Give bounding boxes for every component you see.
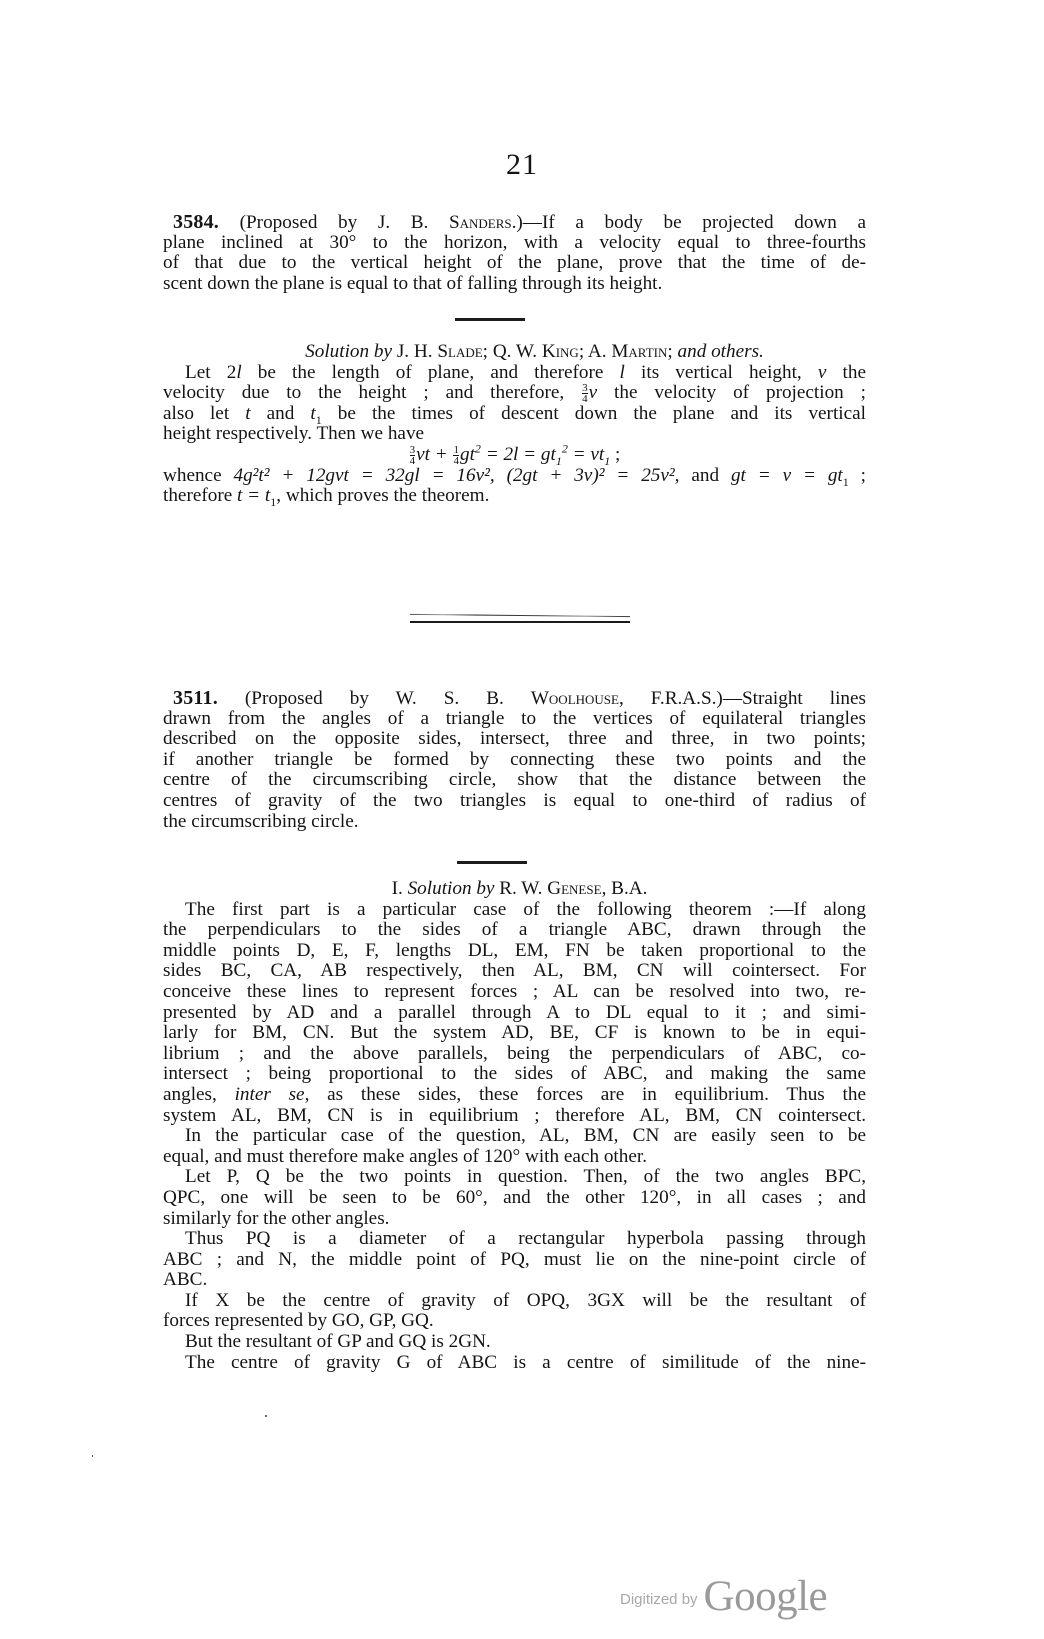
problem-3511-line: centres of gravity of the two triangles … [163, 791, 866, 812]
math-var: v [589, 382, 598, 403]
problem-3511-line: centre of the circumscribing circle, sho… [163, 770, 866, 791]
text-run: , as these sides, these forces are in eq… [305, 1084, 866, 1105]
paragraph-line: forces represented by GO, GP, GQ. [163, 1311, 866, 1332]
solution-numeral: I. [392, 878, 408, 899]
text-run: and [251, 403, 311, 424]
solution-label: Solution by [305, 341, 392, 362]
solver-initials: A. [588, 341, 611, 362]
punctuation: ; [849, 465, 866, 486]
math-term: vt + [416, 444, 452, 465]
solution-line: Let 2l be the length of plane, and there… [163, 363, 866, 384]
solution-line: height respectively. Then we have [163, 424, 866, 445]
math-expression: 4g²t² + 12gvt = 32gl = 16v², (2gt + 3v)²… [233, 465, 679, 486]
punctuation: ; [610, 444, 620, 465]
paragraph-line: ABC ; and N, the middle point of PQ, mus… [163, 1250, 866, 1271]
fraction: 34 [410, 445, 416, 466]
paragraph-line: Let P, Q be the two points in question. … [163, 1167, 866, 1188]
page-number: 21 [0, 148, 1044, 182]
text-run: the [826, 362, 866, 383]
problem-3584-line: of that due to the vertical height of th… [163, 253, 866, 274]
text-run: the velocity of projection ; [597, 382, 866, 403]
text-run: therefore [163, 485, 237, 506]
paragraph-line: librium ; and the above parallels, being… [163, 1044, 866, 1065]
solver-initials: J. H. [397, 341, 438, 362]
solution-line: velocity due to the height ; and therefo… [163, 383, 866, 404]
paragraph-line: QPC, one will be seen to be 60°, and the… [163, 1188, 866, 1209]
solver-name: Genese [547, 878, 601, 899]
math-term: = 2l = gt [481, 444, 556, 465]
solver-name: Slade [437, 341, 482, 362]
problem-3584-line: plane inclined at 30° to the horizon, wi… [163, 233, 866, 254]
scan-speck [92, 1455, 93, 1457]
problem-3584-number: 3584. [173, 211, 219, 233]
paragraph-line: system AL, BM, CN is in equilibrium ; th… [163, 1106, 866, 1127]
paragraph-line: But the resultant of GP and GQ is 2GN. [163, 1332, 866, 1353]
solution-byline: I. Solution by R. W. Genese, B.A. [163, 879, 866, 900]
math-expression: t = t [237, 485, 270, 506]
problem-3584-proposed-close: .)—If a body be projected down a [512, 212, 866, 233]
paragraph-line: sides BC, CA, AB respectively, then AL, … [163, 961, 866, 982]
math-expression: gt = v = gt [731, 465, 843, 486]
math-term: gt [460, 444, 475, 465]
paragraph-line: larly for BM, CN. But the system AD, BE,… [163, 1023, 866, 1044]
paragraph-line: similarly for the other angles. [163, 1209, 866, 1230]
problem-3511-line: if another triangle be formed by connect… [163, 750, 866, 771]
problem-3584-header-line: 3584. (Proposed by J. B. Sanders.)—If a … [163, 212, 866, 233]
solver-suffix: and others. [678, 341, 764, 362]
text-run: be the length of plane, and therefore [242, 362, 620, 383]
text-run: , which proves the theorem. [276, 485, 489, 506]
paragraph-line: The centre of gravity G of ABC is a cent… [163, 1353, 866, 1374]
paragraph-line: The first part is a particular case of t… [163, 900, 866, 921]
text-run: and [679, 465, 730, 486]
problem-3584-proposer: Sanders [449, 212, 512, 233]
problem-3511-proposed-close: , F.R.A.S.)—Straight lines [619, 688, 866, 709]
document-page: { "page": { "number": "21", "watermark":… [0, 0, 1044, 1639]
text-run: velocity due to the height ; and therefo… [163, 382, 581, 403]
problem-3511-proposed-open: (Proposed by W. S. B. [245, 688, 531, 709]
solver-initials: Q. W. [493, 341, 542, 362]
paragraph-line: In the particular case of the question, … [163, 1126, 866, 1147]
solver-name: King [542, 341, 579, 362]
fraction: 14 [453, 445, 459, 466]
paragraph-line: ABC. [163, 1270, 866, 1291]
paragraph-line: the perpendiculars to the sides of a tri… [163, 920, 866, 941]
paragraph-line: presented by AD and a parallel through A… [163, 1003, 866, 1024]
text-run: Let 2 [185, 362, 236, 383]
paragraph-line: middle points D, E, F, lengths DL, EM, F… [163, 941, 866, 962]
math-term: = vt [568, 444, 604, 465]
problem-separator-double-rule [410, 615, 630, 627]
section-divider-rule [455, 318, 525, 321]
paragraph-line: If X be the centre of gravity of OPQ, 3G… [163, 1291, 866, 1312]
therefore-line: therefore t = t1, which proves the theor… [163, 486, 866, 507]
text-run: its vertical height, [625, 362, 818, 383]
text-run: also let [163, 403, 245, 424]
scan-speck [265, 1415, 267, 1417]
text-run: be the times of descent down the plane a… [322, 403, 866, 424]
problem-3511-statement: 3511. (Proposed by W. S. B. Woolhouse, F… [163, 688, 866, 832]
text-run: whence [163, 465, 233, 486]
problem-3511-solution: I. Solution by R. W. Genese, B.A. The fi… [163, 879, 866, 1373]
paragraph-line: conceive these lines to represent forces… [163, 982, 866, 1003]
google-logo-text: Google [704, 1573, 828, 1620]
solution-line: also let t and t1 be the times of descen… [163, 404, 866, 425]
fraction: 34 [582, 383, 588, 404]
whence-line: whence 4g²t² + 12gvt = 32gl = 16v², (2gt… [163, 466, 866, 487]
separator-thin-line [410, 614, 630, 617]
digitized-by-google-watermark: Digitized by Google [620, 1572, 827, 1621]
problem-3511-proposer: Woolhouse [531, 688, 619, 709]
problem-3511-header-line: 3511. (Proposed by W. S. B. Woolhouse, F… [163, 688, 866, 709]
paragraph-line: angles, inter se, as these sides, these … [163, 1085, 866, 1106]
solver-initials: R. W. [494, 878, 547, 899]
problem-3511-line: described on the opposite sides, interse… [163, 729, 866, 750]
problem-3584-proposed-open: (Proposed by J. B. [240, 212, 449, 233]
paragraph-line: equal, and must therefore make angles of… [163, 1147, 866, 1168]
solution-label: Solution by [408, 878, 495, 899]
problem-3584-statement: 3584. (Proposed by J. B. Sanders.)—If a … [163, 212, 866, 294]
solver-name: Martin [611, 341, 667, 362]
latin-phrase: inter se [235, 1084, 305, 1105]
equation-line: 34vt + 14gt2 = 2l = gt12 = vt1 ; [163, 445, 866, 466]
solution-byline: Solution by J. H. Slade; Q. W. King; A. … [163, 342, 866, 363]
paragraph-line: Thus PQ is a diameter of a rectangular h… [163, 1229, 866, 1250]
solver-suffix: , B.A. [602, 878, 648, 899]
text-run: angles, [163, 1084, 235, 1105]
problem-3584-solution: Solution by J. H. Slade; Q. W. King; A. … [163, 342, 866, 507]
paragraph-line: intersect ; being proportional to the si… [163, 1064, 866, 1085]
section-divider-rule [457, 861, 527, 864]
watermark-prefix: Digitized by [620, 1591, 698, 1608]
problem-3511-number: 3511. [173, 687, 218, 709]
problem-3511-line: drawn from the angles of a triangle to t… [163, 709, 866, 730]
separator-thick-line [410, 621, 630, 623]
problem-3584-line: scent down the plane is equal to that of… [163, 274, 866, 295]
problem-3511-line: the circumscribing circle. [163, 812, 866, 833]
